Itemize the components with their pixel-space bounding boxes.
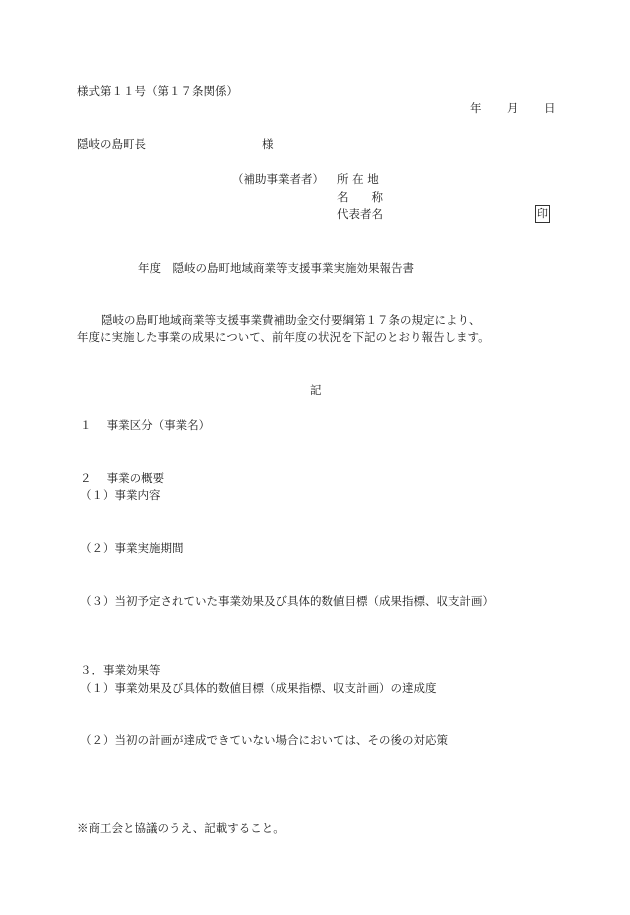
ki-heading: 記 (310, 383, 322, 397)
addressee-name: 隠岐の島町長 (77, 137, 146, 151)
body-line-1: 隠岐の島町地域商業等支援事業費補助金交付要綱第１７条の規定により、 (101, 313, 481, 327)
section-3-heading: ３．事業効果等 (80, 663, 161, 677)
section-3-1-heading: （１）事業効果及び具体的数値目標（成果指標、収支計画）の達成度 (80, 681, 437, 695)
addressee-honorific: 様 (262, 137, 274, 151)
date-year: 年 (470, 101, 482, 115)
representative-label: 代表者名 (337, 207, 383, 221)
body-line-2: 年度に実施した事業の成果について、前年度の状況を下記のとおり報告します。 (77, 330, 490, 344)
footnote: ※商工会と協議のうえ、記載すること。 (77, 821, 285, 835)
name-label: 名 称 (337, 190, 383, 204)
date-month: 月 (507, 101, 519, 115)
applicant-label: （補助事業者者） (232, 172, 324, 186)
form-number: 様式第１１号（第１７条関係） (77, 84, 238, 98)
seal-mark: 印 (535, 205, 550, 223)
address-label: 所 在 地 (337, 172, 379, 186)
section-3-2-heading: （２）当初の計画が達成できていない場合においては、その後の対応策 (80, 733, 448, 747)
section-2-2-heading: （２）事業実施期間 (80, 541, 184, 555)
document-title: 年度 隠岐の島町地域商業等支援事業実施効果報告書 (138, 261, 414, 275)
section-1-heading: １ 事業区分（事業名） (80, 418, 210, 432)
section-2-1-heading: （１）事業内容 (80, 488, 161, 502)
section-2-heading: ２ 事業の概要 (80, 471, 164, 485)
date-day: 日 (544, 101, 556, 115)
section-2-3-heading: （３）当初予定されていた事業効果及び具体的数値目標（成果指標、収支計画） (80, 594, 494, 608)
